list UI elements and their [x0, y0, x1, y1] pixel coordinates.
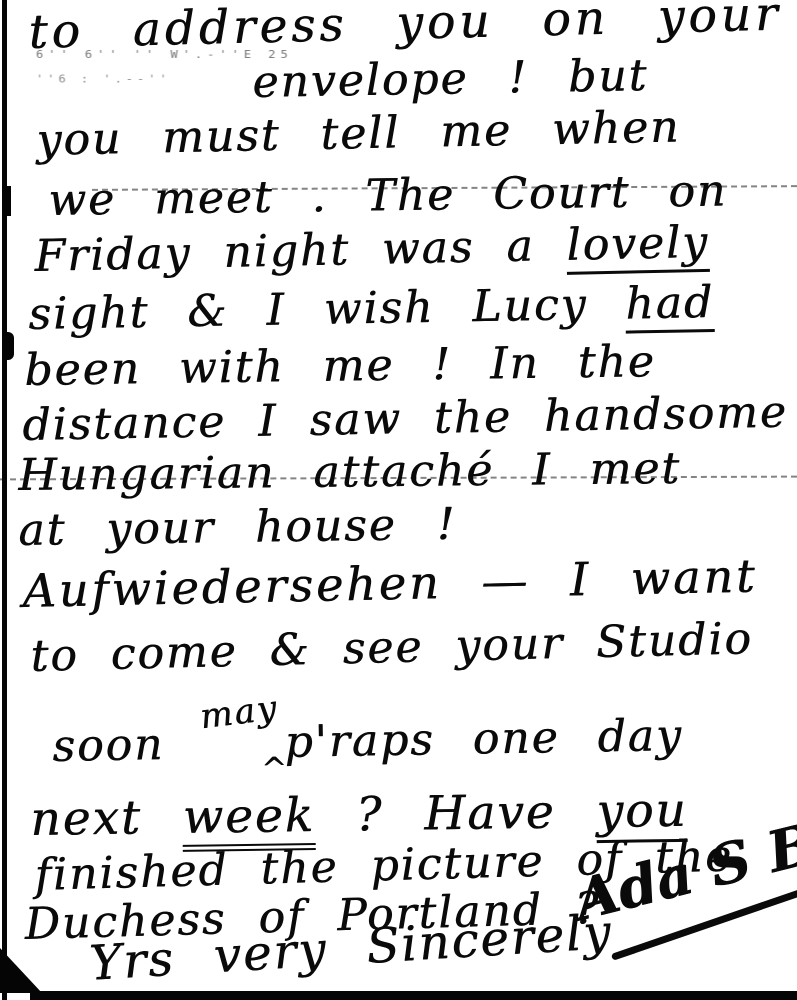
letter-text-segment: soon	[52, 718, 203, 772]
letter-text-segment: lovely	[566, 217, 710, 275]
letter-line-1: to address you on your	[28, 0, 782, 57]
letter-line-4: we meet . The Court on	[48, 169, 727, 225]
letter-line-10: at your house !	[18, 502, 457, 554]
letter-text-segment: ? Have	[315, 784, 597, 843]
letter-text-segment: p'raps one day	[284, 710, 683, 768]
letter-text-segment: been with me ! In the	[24, 336, 656, 396]
letter-text-segment: Aufwiedersehen — I want	[22, 549, 758, 618]
letter-line-3: you must tell me when	[36, 105, 681, 165]
scan-edge-speck	[7, 186, 11, 216]
letter-text-segment: ^	[261, 753, 289, 786]
letter-line-5: Friday night was a lovely	[34, 220, 709, 280]
letter-line-11: Aufwiedersehen — I want	[22, 552, 758, 616]
letter-text-segment: had	[625, 277, 715, 334]
letter-line-13: soon may^p'raps one day	[52, 713, 683, 770]
letter-text-segment: Friday night was a	[34, 220, 567, 282]
letter-line-6: sight & I wish Lucy had	[28, 280, 714, 338]
letter-line-8: distance I saw the handsome	[22, 390, 788, 450]
letter-line-12: to come & see your Studio	[30, 616, 753, 680]
letter-text-segment: may	[198, 690, 280, 735]
scan-edge-bottom	[30, 991, 797, 1000]
letter-text-segment: to come & see your Studio	[30, 613, 753, 682]
letter-text-segment: next	[30, 790, 183, 847]
letter-text-segment: to address you on your	[28, 0, 782, 60]
letter-text-segment: we meet . The Court on	[48, 166, 728, 226]
letter-page: 6'' 6'' '' W'.-''E 25 ''6 : '.--'' to ad…	[0, 0, 797, 1000]
letter-text-segment: envelope ! but	[252, 50, 649, 108]
letter-text-segment: at your house !	[18, 499, 457, 556]
letter-text-segment: distance I saw the handsome	[22, 387, 788, 451]
letter-line-2: envelope ! but	[252, 53, 649, 106]
letter-text-segment: you must tell me when	[36, 102, 681, 166]
scan-edge-speck	[7, 332, 14, 360]
letter-text-segment: sight & I wish Lucy	[28, 279, 626, 340]
letter-text-segment: Hungarian attaché I met	[18, 443, 681, 501]
letter-line-9: Hungarian attaché I met	[18, 446, 681, 499]
scan-edge-left	[2, 0, 7, 1000]
letter-line-7: been with me ! In the	[24, 339, 656, 394]
